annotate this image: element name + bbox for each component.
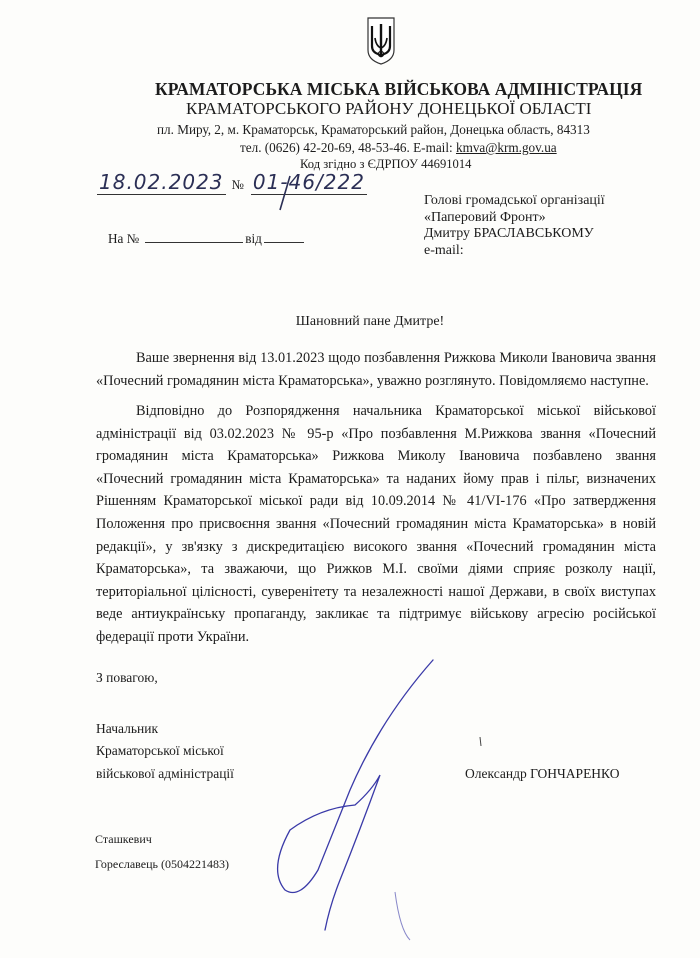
recipient-line: «Паперовий Фронт»: [424, 210, 605, 227]
number-sign: №: [232, 177, 245, 192]
body-paragraph-2: Відповідно до Розпорядження начальника К…: [96, 400, 656, 649]
recipient-line: Дмитру БРАСЛАВСЬКОМУ: [424, 226, 605, 243]
closing-phrase: З повагою,: [96, 670, 158, 686]
registration-line: 18.02.2023№01-46/222: [97, 170, 367, 194]
reference-from-label: від: [245, 231, 262, 246]
signer-title: Начальник Краматорської міської військов…: [96, 718, 234, 785]
recipient-line: e-mail:: [424, 243, 605, 260]
reference-line: На №від: [108, 231, 304, 247]
signer-title-line: Краматорської міської: [96, 740, 234, 762]
paragraph-text: Ваше звернення від 13.01.2023 щодо позба…: [96, 347, 656, 392]
executor-name: Сташкевич: [95, 827, 229, 852]
registration-date: 18.02.2023: [97, 170, 226, 195]
organization-address: пл. Миру, 2, м. Краматорськ, Краматорськ…: [157, 122, 590, 138]
registration-number: 01-46/222: [251, 170, 367, 195]
organization-contacts: тел. (0626) 42-20-69, 48-53-46. E-mail: …: [240, 140, 557, 156]
letter-page: КРАМАТОРСЬКА МІСЬКА ВІЙСЬКОВА АДМІНІСТРА…: [0, 0, 700, 958]
organization-district: КРАМАТОРСЬКОГО РАЙОНУ ДОНЕЦЬКОЇ ОБЛАСТІ: [186, 99, 591, 119]
recipient-line: Голові громадської організації: [424, 193, 605, 210]
reference-date-blank: [264, 232, 304, 243]
executors-block: Сташкевич Гореславець (0504221483): [95, 827, 229, 877]
recipient-block: Голові громадської організації «Паперови…: [424, 193, 605, 259]
email-link[interactable]: kmva@krm.gov.ua: [456, 140, 557, 155]
trident-coat-of-arms-icon: [366, 16, 396, 66]
body-paragraph-1: Ваше звернення від 13.01.2023 щодо позба…: [96, 347, 656, 392]
salutation: Шановний пане Дмитре!: [0, 314, 700, 330]
executor-name: Гореславець (0504221483): [95, 852, 229, 877]
signer-name: Олександр ГОНЧАРЕНКО: [465, 766, 619, 782]
reference-number-blank: [145, 232, 243, 243]
paragraph-text: Відповідно до Розпорядження начальника К…: [96, 400, 656, 649]
phone-label: тел. (0626) 42-20-69, 48-53-46. E-mail:: [240, 140, 456, 155]
signer-title-line: військової адміністрації: [96, 763, 234, 785]
organization-name: КРАМАТОРСЬКА МІСЬКА ВІЙСЬКОВА АДМІНІСТРА…: [155, 79, 642, 100]
reference-number-label: На №: [108, 231, 139, 246]
signer-title-line: Начальник: [96, 718, 234, 740]
